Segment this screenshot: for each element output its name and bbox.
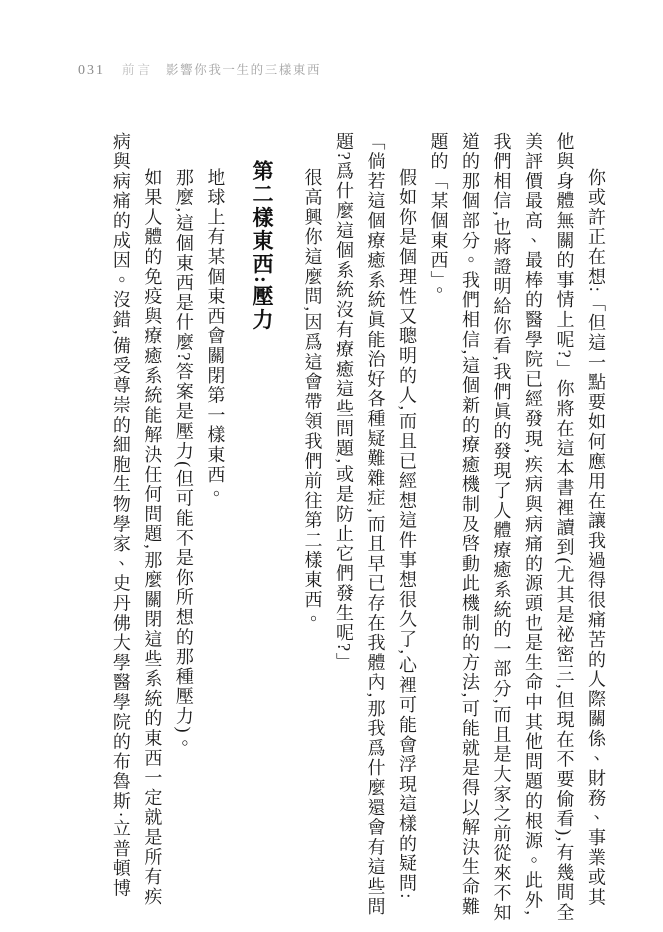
section-heading: 第二樣東西:壓力 [244, 132, 278, 924]
page-number: 031 [78, 63, 105, 79]
running-title: 影響你我一生的三樣東西 [166, 60, 321, 78]
paragraph: 很高興你這麼問,因爲這會帶領我們前往第二樣東西。 [296, 132, 328, 924]
paragraph: 地球上有某個東西會關閉第一樣東西。 [199, 132, 231, 924]
paragraph: 假如你是個理性又聰明的人,而且已經想這件事想很久了,心裡可能會浮現這樣的疑問:「… [328, 132, 423, 924]
preface-label: 前言 [122, 60, 153, 78]
book-page: { "header": { "page_number": "031", "sec… [0, 0, 663, 932]
paragraph: 那麼,這個東西是什麼?答案是壓力(但可能不是你所想的那種壓力)。 [167, 132, 199, 924]
paragraph: 你或許正在想:「但這一點要如何應用在讓我過得很痛苦的人際關係、財務、事業或其他與… [422, 132, 611, 924]
running-head: 031 前言 影響你我一生的三樣東西 [78, 60, 321, 79]
vertical-text-block: 你或許正在想:「但這一點要如何應用在讓我過得很痛苦的人際關係、財務、事業或其他與… [104, 132, 611, 924]
paragraph: 如果人體的免疫與療癒系統能解決任何問題,那麼關閉這些系統的東西一定就是所有疾病與… [104, 132, 167, 924]
